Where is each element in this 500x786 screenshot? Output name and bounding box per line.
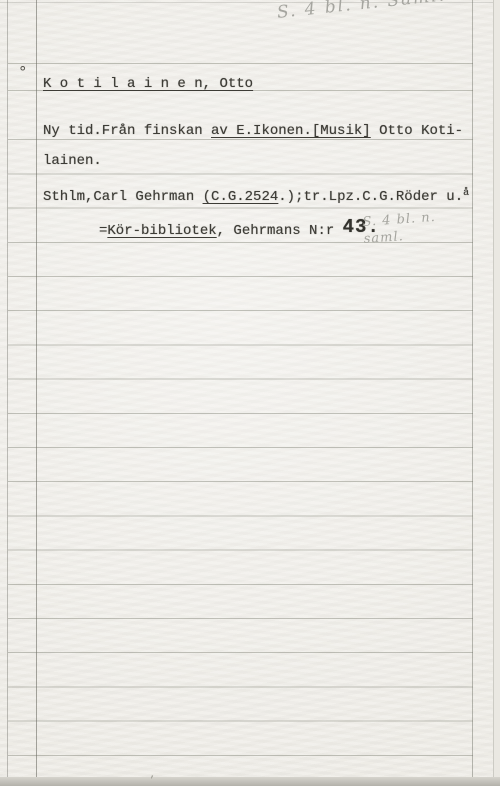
entry-line-1-post: Otto Koti- xyxy=(371,123,463,139)
entry-line-4: =Kör-bibliotek, Gehrmans N:r 43. xyxy=(99,220,380,240)
entry-line-1: Ny tid.Från finskan av E.Ikonen.[Musik] … xyxy=(43,122,463,140)
paper-speck: , xyxy=(150,770,155,780)
left-edge-line xyxy=(7,0,8,779)
entry-line-3-underlined: (C.G.2524 xyxy=(203,189,279,205)
card-bottom-edge xyxy=(0,777,500,786)
entry-line-1-underlined: av E.Ikonen.[Musik] xyxy=(211,123,371,139)
pencil-annotation-top: S. 4 bl. n. Saml. xyxy=(276,0,447,23)
pencil-side-line-1: S. 4 bl. n. xyxy=(362,210,436,230)
catalog-card: S. 4 bl. n. Saml. ° K o t i l a i n e n,… xyxy=(0,0,500,786)
heading-author-suffix: , Otto xyxy=(203,76,253,92)
heading-author: K o t i l a i n e n, Otto xyxy=(43,75,253,93)
entry-line-3-pre: Sthlm,Carl Gehrman xyxy=(43,189,203,205)
entry-line-2: lainen. xyxy=(43,152,102,170)
right-margin-line xyxy=(472,0,473,779)
pencil-side-line-2: saml. xyxy=(363,229,404,247)
entry-line-3: Sthlm,Carl Gehrman (C.G.2524.);tr.Lpz.C.… xyxy=(43,188,469,208)
pencil-annotation-side: S. 4 bl. n.saml. xyxy=(362,209,438,248)
entry-line-3-superscript: å xyxy=(463,188,469,199)
entry-line-3-post: .);tr.Lpz.C.G.Röder u. xyxy=(278,189,463,205)
ruled-line-top xyxy=(8,63,473,64)
margin-line xyxy=(36,0,37,779)
entry-line-1-pre: Ny tid.Från finskan xyxy=(43,123,211,139)
heading-author-name: K o t i l a i n e n xyxy=(43,76,203,92)
entry-line-4-underlined: Kör-bibliotek xyxy=(107,223,216,239)
card-right-edge xyxy=(493,0,500,786)
margin-ring-symbol: ° xyxy=(19,63,27,81)
entry-line-4-post: , Gehrmans N:r xyxy=(217,223,343,239)
